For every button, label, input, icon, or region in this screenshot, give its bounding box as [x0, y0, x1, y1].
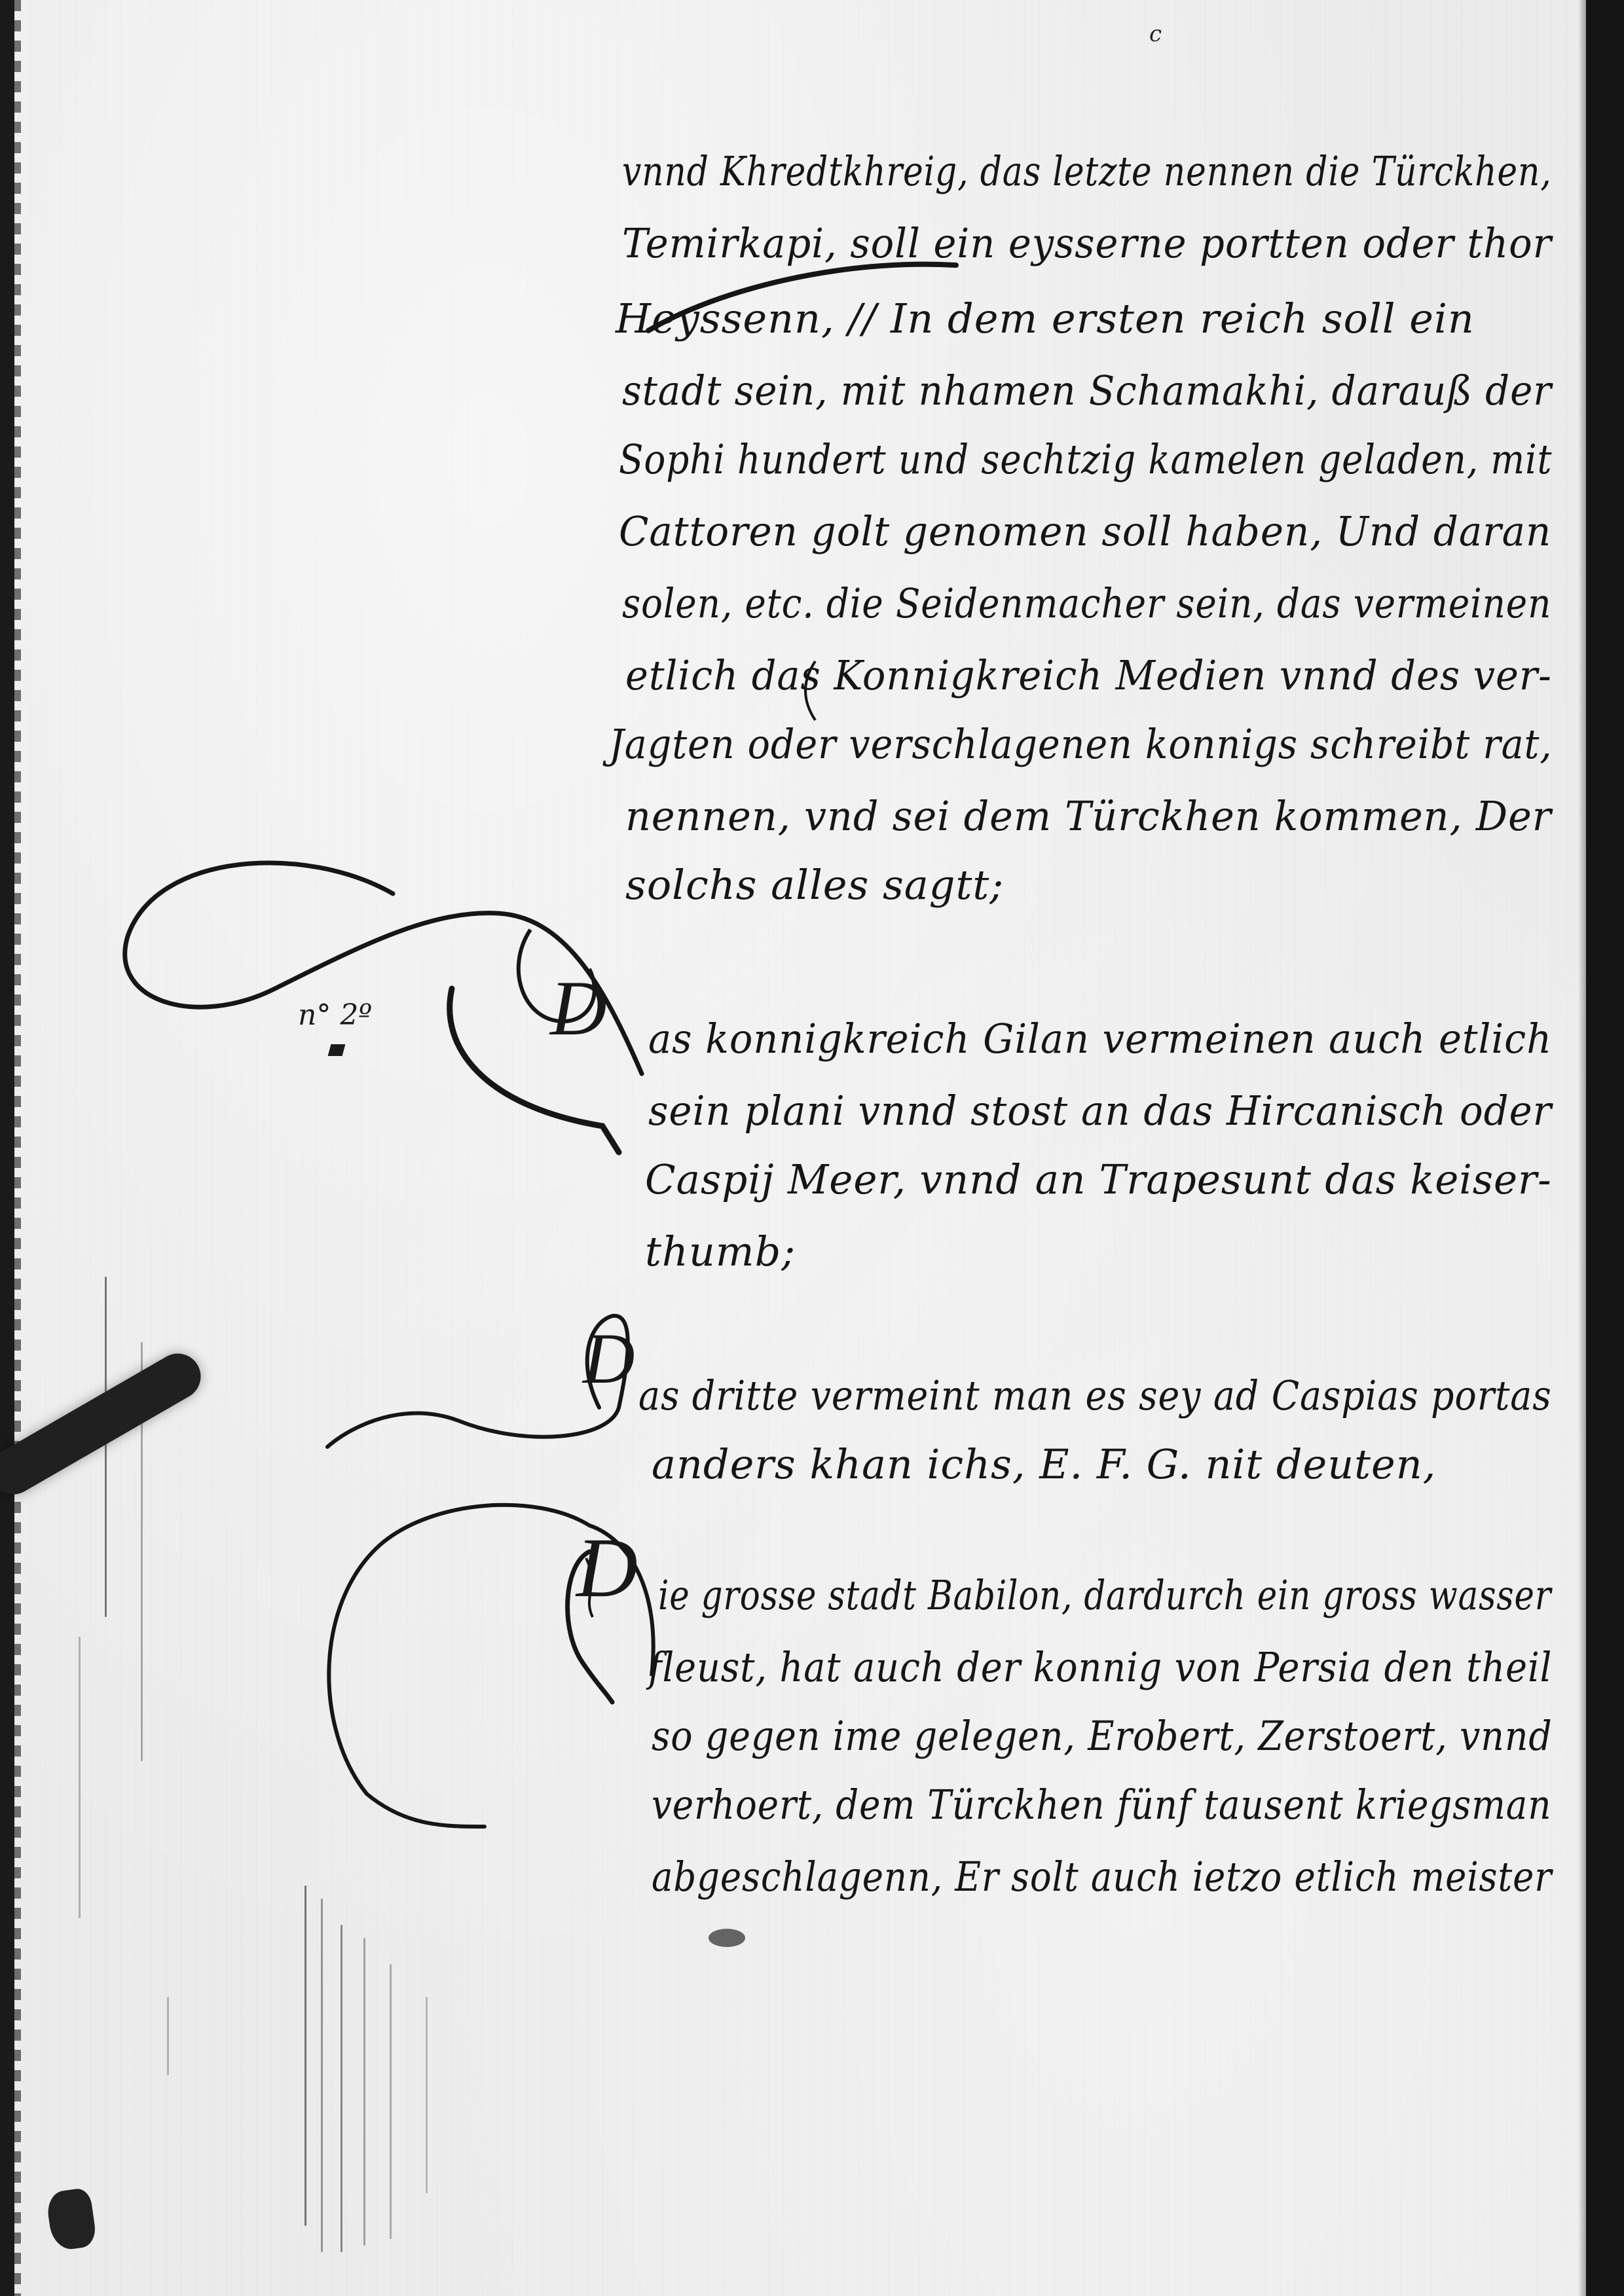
scan-streak: [167, 1997, 169, 2075]
text-line: anders khan ichs, E. F. G. nit deuten,: [652, 1440, 1436, 1488]
initial-letter: D: [576, 1525, 638, 1611]
text-line: verhoert, dem Türckhen fünf tausent krie…: [652, 1781, 1551, 1829]
scan-border-left-edge: [12, 0, 21, 2296]
initial-letter: D: [583, 1322, 635, 1394]
text-line: sein plani vnnd stost an das Hircanisch …: [648, 1087, 1552, 1135]
text-line: stadt sein, mit nhamen Schamakhi, darauß…: [622, 367, 1552, 414]
text-line: vnnd Khredtkhreig, das letzte nennen die…: [622, 147, 1552, 195]
text-line: Cattoren golt genomen soll haben, Und da…: [619, 507, 1551, 555]
text-line: ie grosse stadt Babilon, dardurch ein gr…: [658, 1571, 1551, 1619]
scan-border-right: [1586, 0, 1624, 2296]
text-line: as konnigkreich Gilan vermeinen auch etl…: [648, 1015, 1552, 1063]
text-line: solchs alles sagtt;: [625, 861, 1004, 909]
text-line: Jagten oder verschlagenen konnigs schrei…: [609, 720, 1552, 768]
scan-streak: [304, 1886, 306, 2226]
text-line: thumb;: [645, 1228, 796, 1275]
top-mark: c: [1149, 21, 1162, 47]
text-line: etlich das Konnigkreich Medien vnnd des …: [625, 651, 1552, 699]
manuscript-page: c n° 2º vnnd Khredtkhreig, das letzte ne…: [0, 0, 1624, 2296]
text-line: Heyssenn, // In dem ersten reich soll ei…: [616, 295, 1475, 342]
scan-streak: [363, 1938, 365, 2246]
text-line: Caspij Meer, vnnd an Trapesunt das keise…: [645, 1156, 1552, 1203]
scan-streak: [105, 1277, 107, 1617]
scan-streak: [341, 1925, 342, 2252]
scan-streak: [79, 1637, 81, 1918]
paper-background: [0, 0, 1624, 2296]
scan-border-right-shadow: [1578, 0, 1586, 2296]
margin-note: n° 2º: [298, 998, 372, 1032]
initial-letter: D: [550, 969, 607, 1048]
text-line: fleust, hat auch der konnig von Persia d…: [648, 1643, 1552, 1691]
scan-streak: [426, 1997, 428, 2193]
text-line: Temirkapi, soll ein eysserne portten ode…: [622, 219, 1552, 267]
text-line: as dritte vermeint man es sey ad Caspias…: [638, 1372, 1552, 1419]
text-line: abgeschlagenn, Er solt auch ietzo etlich…: [652, 1853, 1552, 1901]
text-line: nennen, vnd sei dem Türckhen kommen, Der: [625, 792, 1552, 840]
scan-streak: [390, 1964, 392, 2239]
scan-streak: [321, 1899, 323, 2252]
text-line: Sophi hundert und sechtzig kamelen gelad…: [619, 435, 1552, 483]
text-line: so gegen ime gelegen, Erobert, Zerstoert…: [652, 1712, 1553, 1760]
text-line: solen, etc. die Seidenmacher sein, das v…: [622, 579, 1551, 627]
